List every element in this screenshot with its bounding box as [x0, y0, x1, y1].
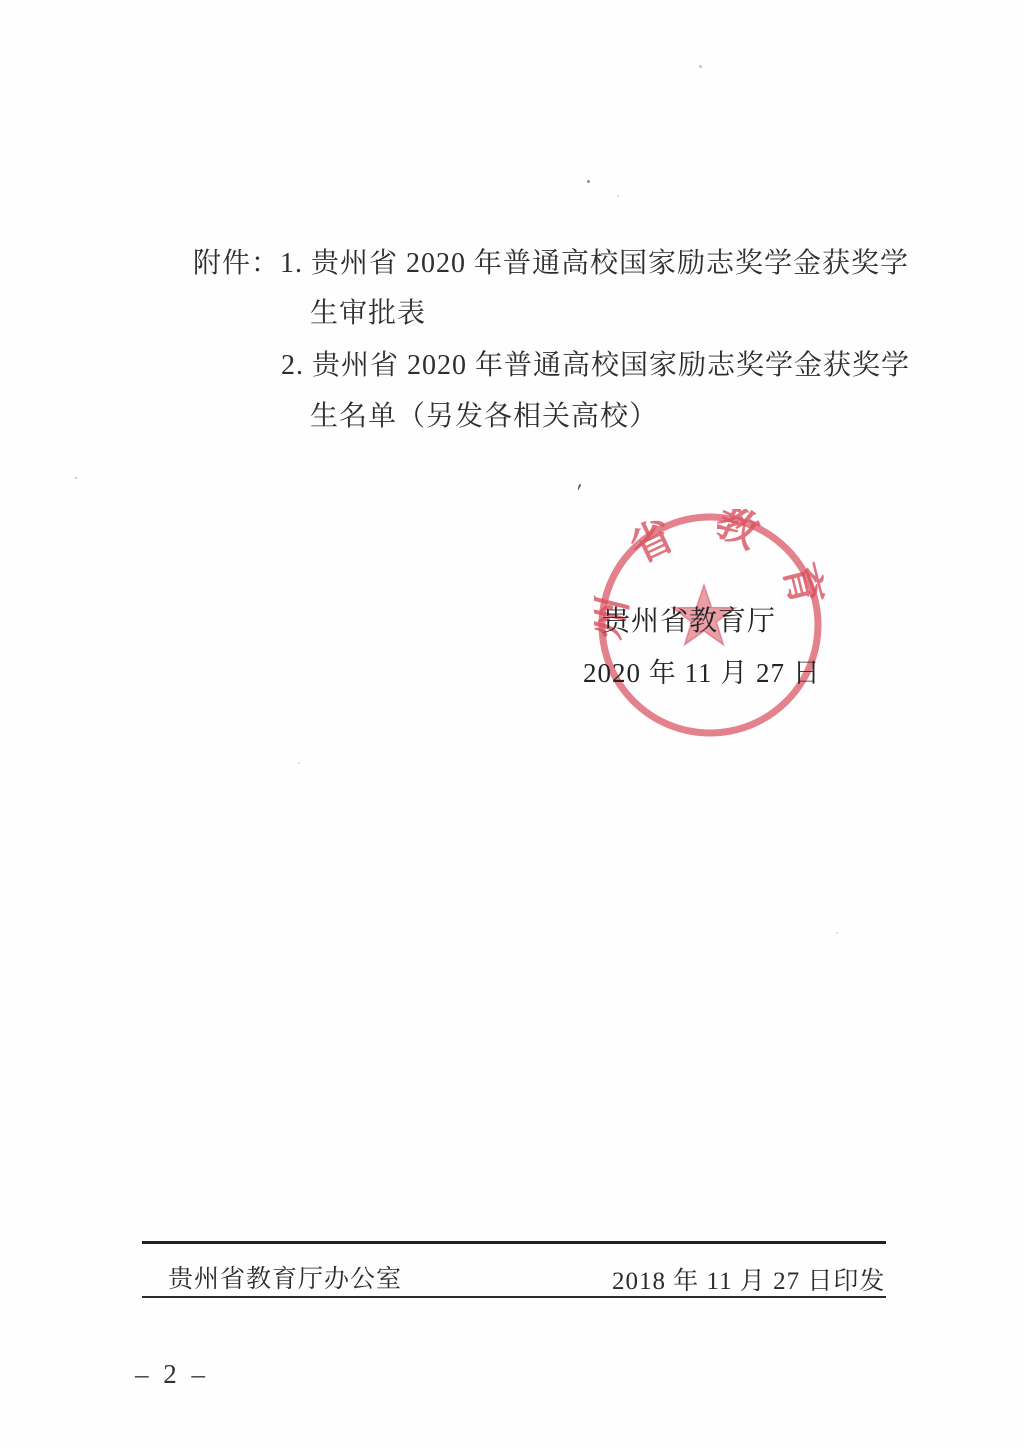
- footer-rule-bottom: [142, 1296, 886, 1298]
- scan-speck: [587, 180, 590, 183]
- attachment-line-4: 生名单（另发各相关高校）: [310, 400, 658, 434]
- scan-speck: [836, 932, 838, 934]
- footer-print-date: 2018 年 11 月 27 日印发: [612, 1261, 885, 1297]
- footer-rule-top: [142, 1241, 886, 1244]
- scan-speck: [617, 195, 619, 197]
- scan-speck: [699, 65, 702, 68]
- document-page: 附件：1. 贵州省 2020 年普通高校国家励志奖学金获奖学 生审批表 2. 贵…: [0, 0, 1024, 1448]
- signature-issuer: 贵州省教育厅: [602, 599, 776, 639]
- footer-issuing-office: 贵州省教育厅办公室: [168, 1259, 402, 1295]
- attachment-line-3: 2. 贵州省 2020 年普通高校国家励志奖学金获奖学: [281, 349, 910, 383]
- scan-speck: [298, 762, 300, 764]
- page-number: – 2 –: [135, 1359, 209, 1390]
- scan-speck: [75, 477, 77, 479]
- signature-date: 2020 年 11 月 27 日: [583, 651, 821, 690]
- attachment-line-2: 生审批表: [310, 297, 426, 331]
- attachment-line-1: 附件：1. 贵州省 2020 年普通高校国家励志奖学金获奖学: [193, 247, 909, 281]
- handwritten-tick-mark: ′: [574, 480, 583, 507]
